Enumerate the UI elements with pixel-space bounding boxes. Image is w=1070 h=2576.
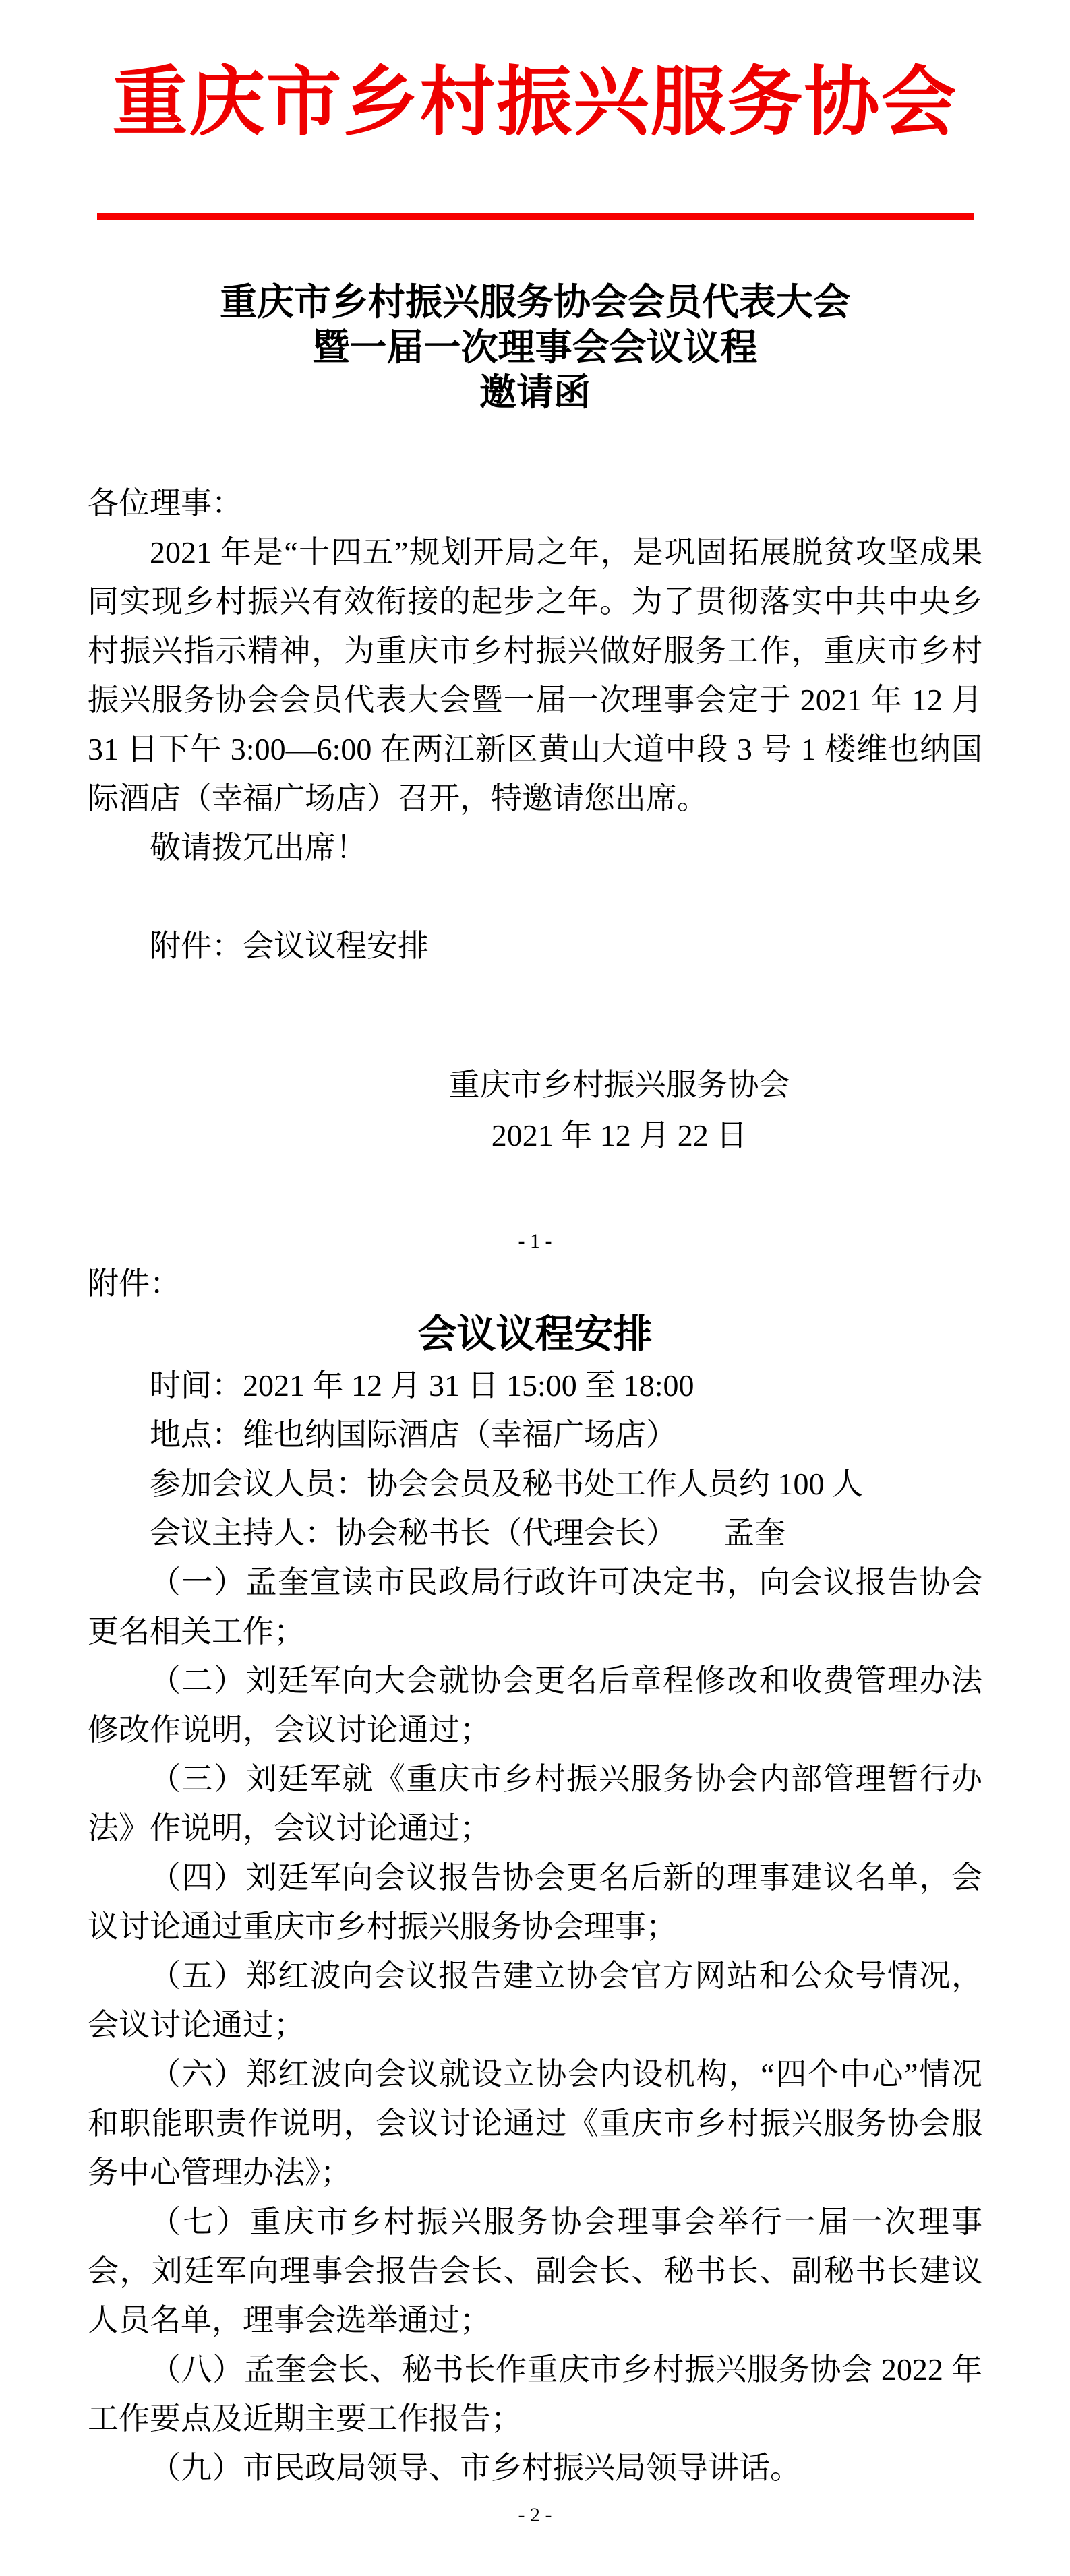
invitation-title: 重庆市乡村振兴服务协会会员代表大会 暨一届一次理事会会议议程 邀请函: [0, 280, 1070, 415]
letterhead-divider: [97, 213, 974, 220]
invitation-title-line-1: 重庆市乡村振兴服务协会会员代表大会: [0, 280, 1070, 325]
page-2-number: - 2 -: [0, 2502, 1070, 2529]
agenda-section: 附件： 会议议程安排 时间：2021 年 12 月 31 日 15:00 至 1…: [0, 1259, 1070, 2529]
agenda-host: 会议主持人：协会秘书长（代理会长） 孟奎: [88, 1508, 982, 1558]
letterhead: 重庆市乡村振兴服务协会: [0, 0, 1070, 220]
closing-line: 敬请拨冗出席！: [88, 823, 982, 872]
agenda-item-6: （六）郑红波向会议就设立协会内设机构，“四个中心”情况和职能职责作说明，会议讨论…: [88, 2050, 982, 2197]
document-page: 重庆市乡村振兴服务协会 重庆市乡村振兴服务协会会员代表大会 暨一届一次理事会会议…: [0, 0, 1070, 2576]
signature-date: 2021 年 12 月 22 日: [169, 1110, 1070, 1161]
page-1-number: - 1 -: [0, 1228, 1070, 1255]
agenda-item-7: （七）重庆市乡村振兴服务协会理事会举行一届一次理事会，刘廷军向理事会报告会长、副…: [88, 2197, 982, 2345]
agenda-item-5: （五）郑红波向会议报告建立协会官方网站和公众号情况，会议讨论通过；: [88, 1951, 982, 2050]
invitation-title-line-2: 暨一届一次理事会会议议程: [0, 325, 1070, 370]
invitation-body-paragraph: 2021 年是“十四五”规划开局之年，是巩固拓展脱贫攻坚成果同实现乡村振兴有效衔…: [88, 528, 982, 823]
agenda-time: 时间：2021 年 12 月 31 日 15:00 至 18:00: [88, 1361, 982, 1410]
agenda-item-2: （二）刘廷军向大会就协会更名后章程修改和收费管理办法修改作说明，会议讨论通过；: [88, 1656, 982, 1754]
agenda-item-1: （一）孟奎宣读市民政局行政许可决定书，向会议报告协会更名相关工作；: [88, 1558, 982, 1656]
agenda-item-9: （九）市民政局领导、市乡村振兴局领导讲话。: [88, 2443, 982, 2492]
signature-block: 重庆市乡村振兴服务协会 2021 年 12 月 22 日: [0, 1060, 1070, 1161]
salutation: 各位理事：: [88, 479, 982, 528]
letterhead-org-name: 重庆市乡村振兴服务协会: [0, 0, 1070, 154]
invitation-title-line-3: 邀请函: [0, 370, 1070, 415]
agenda-location: 地点：维也纳国际酒店（幸福广场店）: [88, 1410, 982, 1459]
agenda-item-8: （八）孟奎会长、秘书长作重庆市乡村振兴服务协会 2022 年工作要点及近期主要工…: [88, 2345, 982, 2443]
attachment-note: 附件：会议议程安排: [88, 921, 982, 971]
agenda-attendees: 参加会议人员：协会会员及秘书处工作人员约 100 人: [88, 1459, 982, 1508]
agenda-item-3: （三）刘廷军就《重庆市乡村振兴服务协会内部管理暂行办法》作说明，会议讨论通过；: [88, 1754, 982, 1853]
agenda-heading: 会议议程安排: [0, 1308, 1070, 1361]
agenda-item-4: （四）刘廷军向会议报告协会更名后新的理事建议名单，会议讨论通过重庆市乡村振兴服务…: [88, 1853, 982, 1951]
attachment-label: 附件：: [88, 1259, 982, 1308]
invitation-section: 重庆市乡村振兴服务协会会员代表大会 暨一届一次理事会会议议程 邀请函 各位理事：…: [0, 280, 1070, 1255]
signature-org: 重庆市乡村振兴服务协会: [169, 1060, 1070, 1110]
